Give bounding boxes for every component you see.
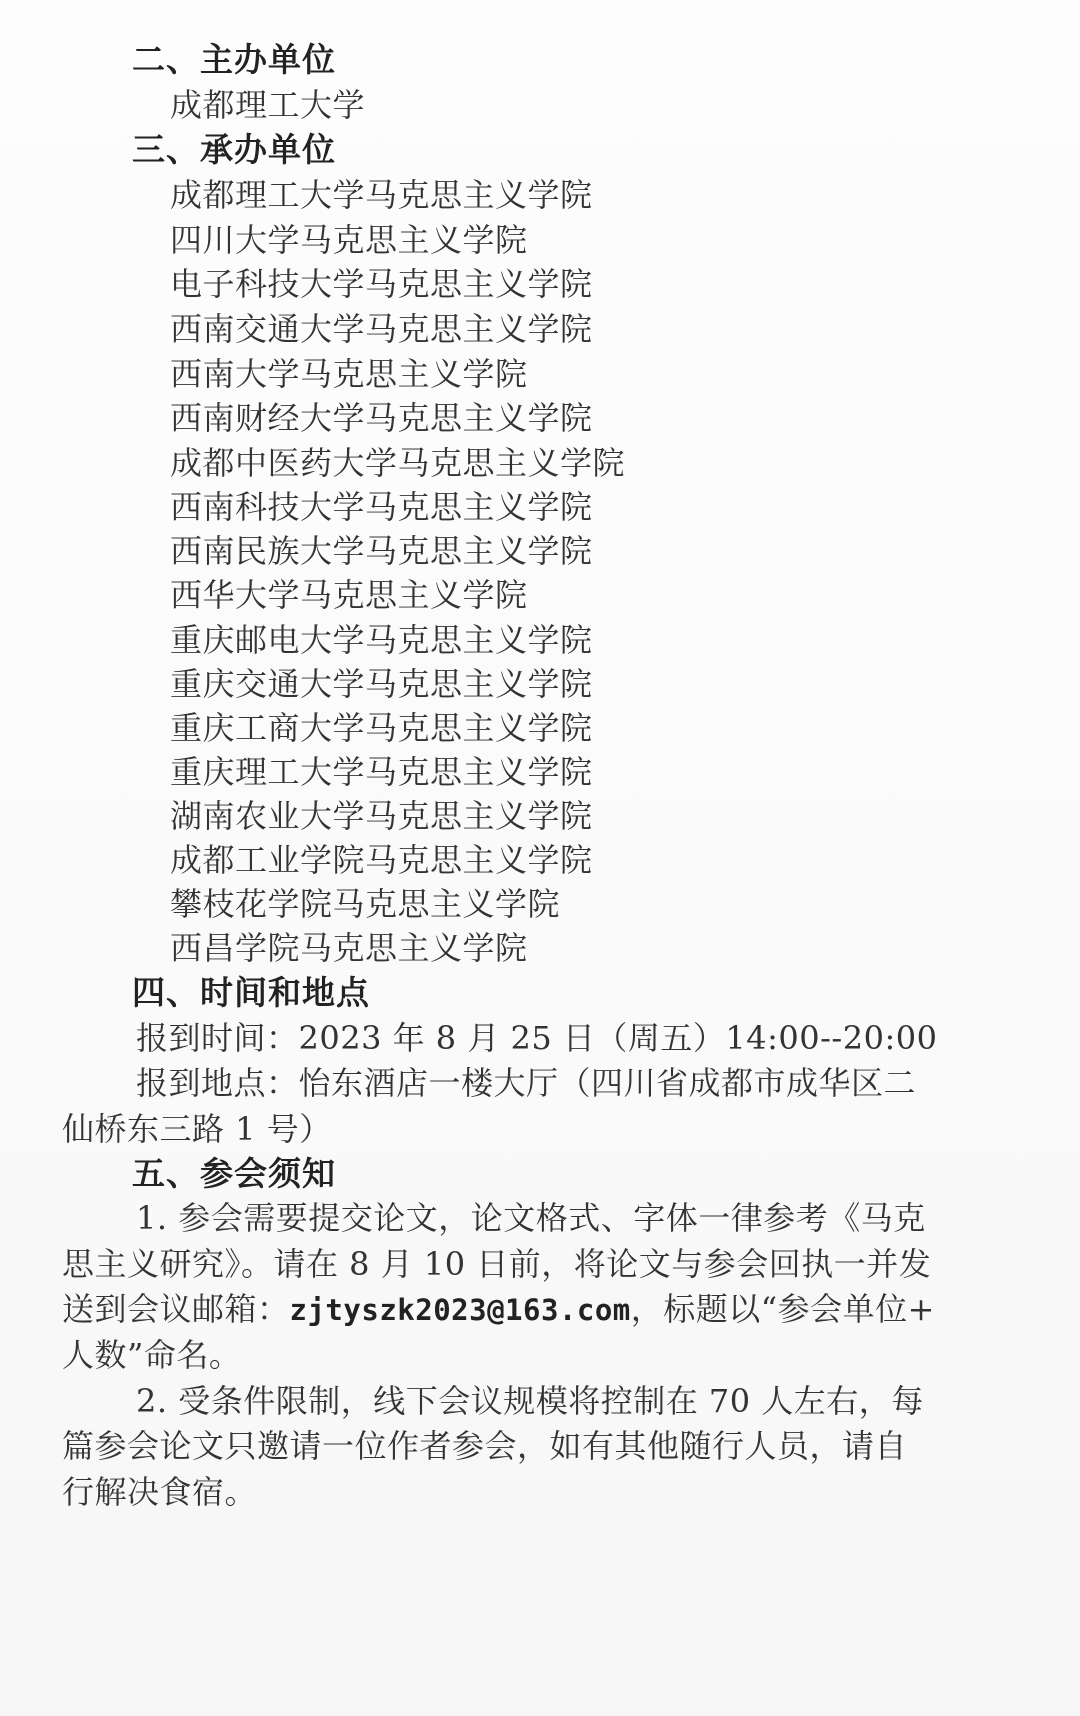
- host-item: 西南财经大学马克思主义学院: [170, 393, 593, 439]
- host-item: 成都理工大学马克思主义学院: [170, 170, 593, 216]
- host-item: 成都中医药大学马克思主义学院: [170, 438, 625, 484]
- organizer-name: 成都理工大学: [170, 80, 365, 126]
- registration-place-line1: 报到地点：怡东酒店一楼大厅（四川省成都市成华区二: [136, 1058, 916, 1104]
- conference-email: zjtyszk2023@163.com: [290, 1293, 631, 1327]
- registration-place-line2: 仙桥东三路 1 号）: [62, 1104, 332, 1150]
- host-item: 湖南农业大学马克思主义学院: [170, 791, 593, 837]
- section-heading-time-place: 四、时间和地点: [132, 967, 370, 1014]
- email-suffix: ，标题以“参会单位+: [631, 1290, 935, 1328]
- document-page: 二、主办单位 成都理工大学 三、承办单位 成都理工大学马克思主义学院 四川大学马…: [0, 0, 1080, 1716]
- host-item: 电子科技大学马克思主义学院: [170, 259, 593, 305]
- section-heading-organizer: 二、主办单位: [132, 34, 336, 81]
- notice-item1-line1: 1. 参会需要提交论文，论文格式、字体一律参考《马克: [136, 1193, 926, 1239]
- host-item: 西华大学马克思主义学院: [170, 570, 528, 616]
- notice-item2-line3: 行解决食宿。: [62, 1467, 257, 1513]
- notice-item2-line2: 篇参会论文只邀请一位作者参会，如有其他随行人员，请自: [62, 1421, 907, 1467]
- notice-item2-line1: 2. 受条件限制，线下会议规模将控制在 70 人左右，每: [136, 1376, 924, 1422]
- host-item: 四川大学马克思主义学院: [170, 215, 528, 261]
- host-item: 重庆交通大学马克思主义学院: [170, 659, 593, 705]
- host-item: 西南交通大学马克思主义学院: [170, 304, 593, 350]
- notice-item1-line2: 思主义研究》。请在 8 月 10 日前，将论文与参会回执一并发: [62, 1239, 931, 1285]
- registration-time: 报到时间：2023 年 8 月 25 日（周五）14:00--20:00: [136, 1013, 937, 1059]
- host-item: 重庆邮电大学马克思主义学院: [170, 615, 593, 661]
- host-item: 重庆工商大学马克思主义学院: [170, 703, 593, 749]
- host-item: 西南民族大学马克思主义学院: [170, 526, 593, 572]
- notice-item1-line3: 送到会议邮箱：zjtyszk2023@163.com，标题以“参会单位+: [62, 1284, 935, 1330]
- section-heading-hosts: 三、承办单位: [132, 124, 336, 171]
- host-item: 重庆理工大学马克思主义学院: [170, 747, 593, 793]
- host-item: 西南科技大学马克思主义学院: [170, 482, 593, 528]
- host-item: 西南大学马克思主义学院: [170, 349, 528, 395]
- email-label: 送到会议邮箱：: [62, 1290, 290, 1328]
- host-item: 西昌学院马克思主义学院: [170, 923, 528, 969]
- host-item: 攀枝花学院马克思主义学院: [170, 879, 560, 925]
- section-heading-notice: 五、参会须知: [132, 1148, 336, 1195]
- notice-item1-line4: 人数”命名。: [62, 1330, 241, 1376]
- host-item: 成都工业学院马克思主义学院: [170, 835, 593, 881]
